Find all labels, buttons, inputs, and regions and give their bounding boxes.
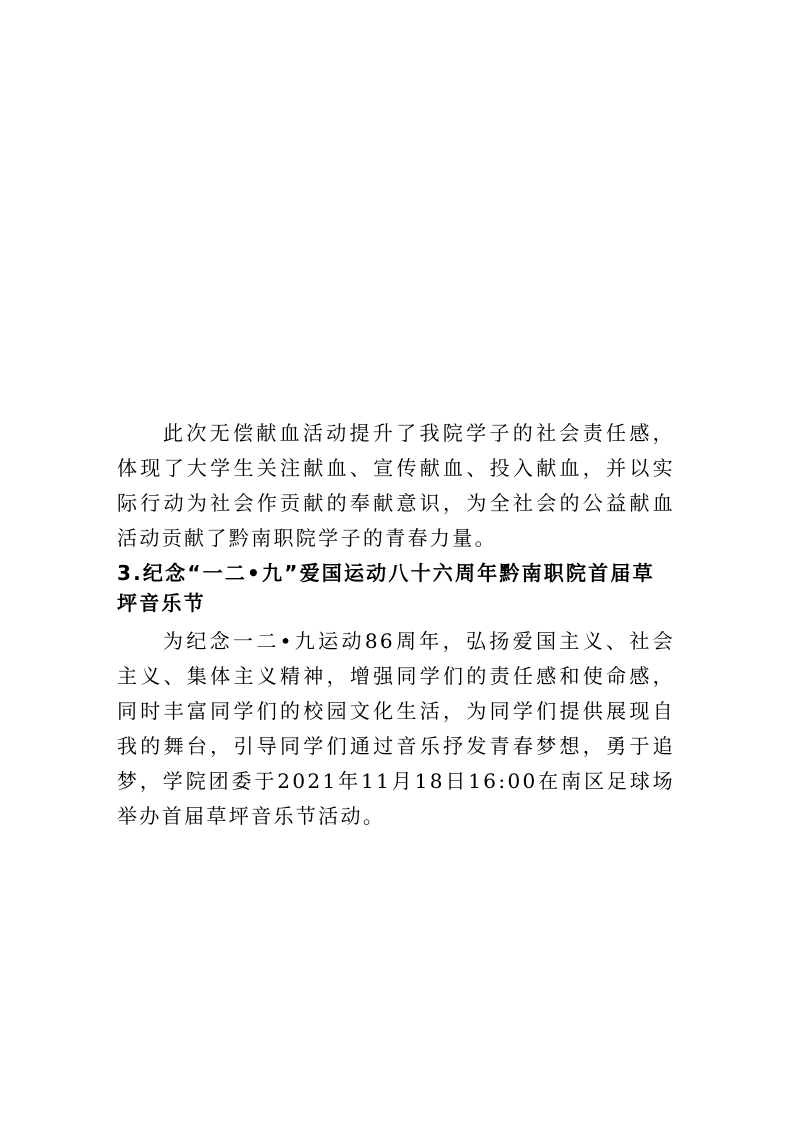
blood-donation-summary-paragraph: 此次无偿献血活动提升了我院学子的社会责任感，体现了大学生关注献血、宣传献血、投入… [117, 416, 675, 556]
document-page: 此次无偿献血活动提升了我院学子的社会责任感，体现了大学生关注献血、宣传献血、投入… [0, 0, 793, 1122]
section-3-body-paragraph: 为纪念一二•九运动86周年，弘扬爱国主义、社会主义、集体主义精神，增强同学们的责… [117, 624, 675, 834]
page-content: 此次无偿献血活动提升了我院学子的社会责任感，体现了大学生关注献血、宣传献血、投入… [117, 416, 675, 834]
section-3-heading: 3.纪念“一二•九”爱国运动八十六周年黔南职院首届草坪音乐节 [117, 556, 675, 624]
